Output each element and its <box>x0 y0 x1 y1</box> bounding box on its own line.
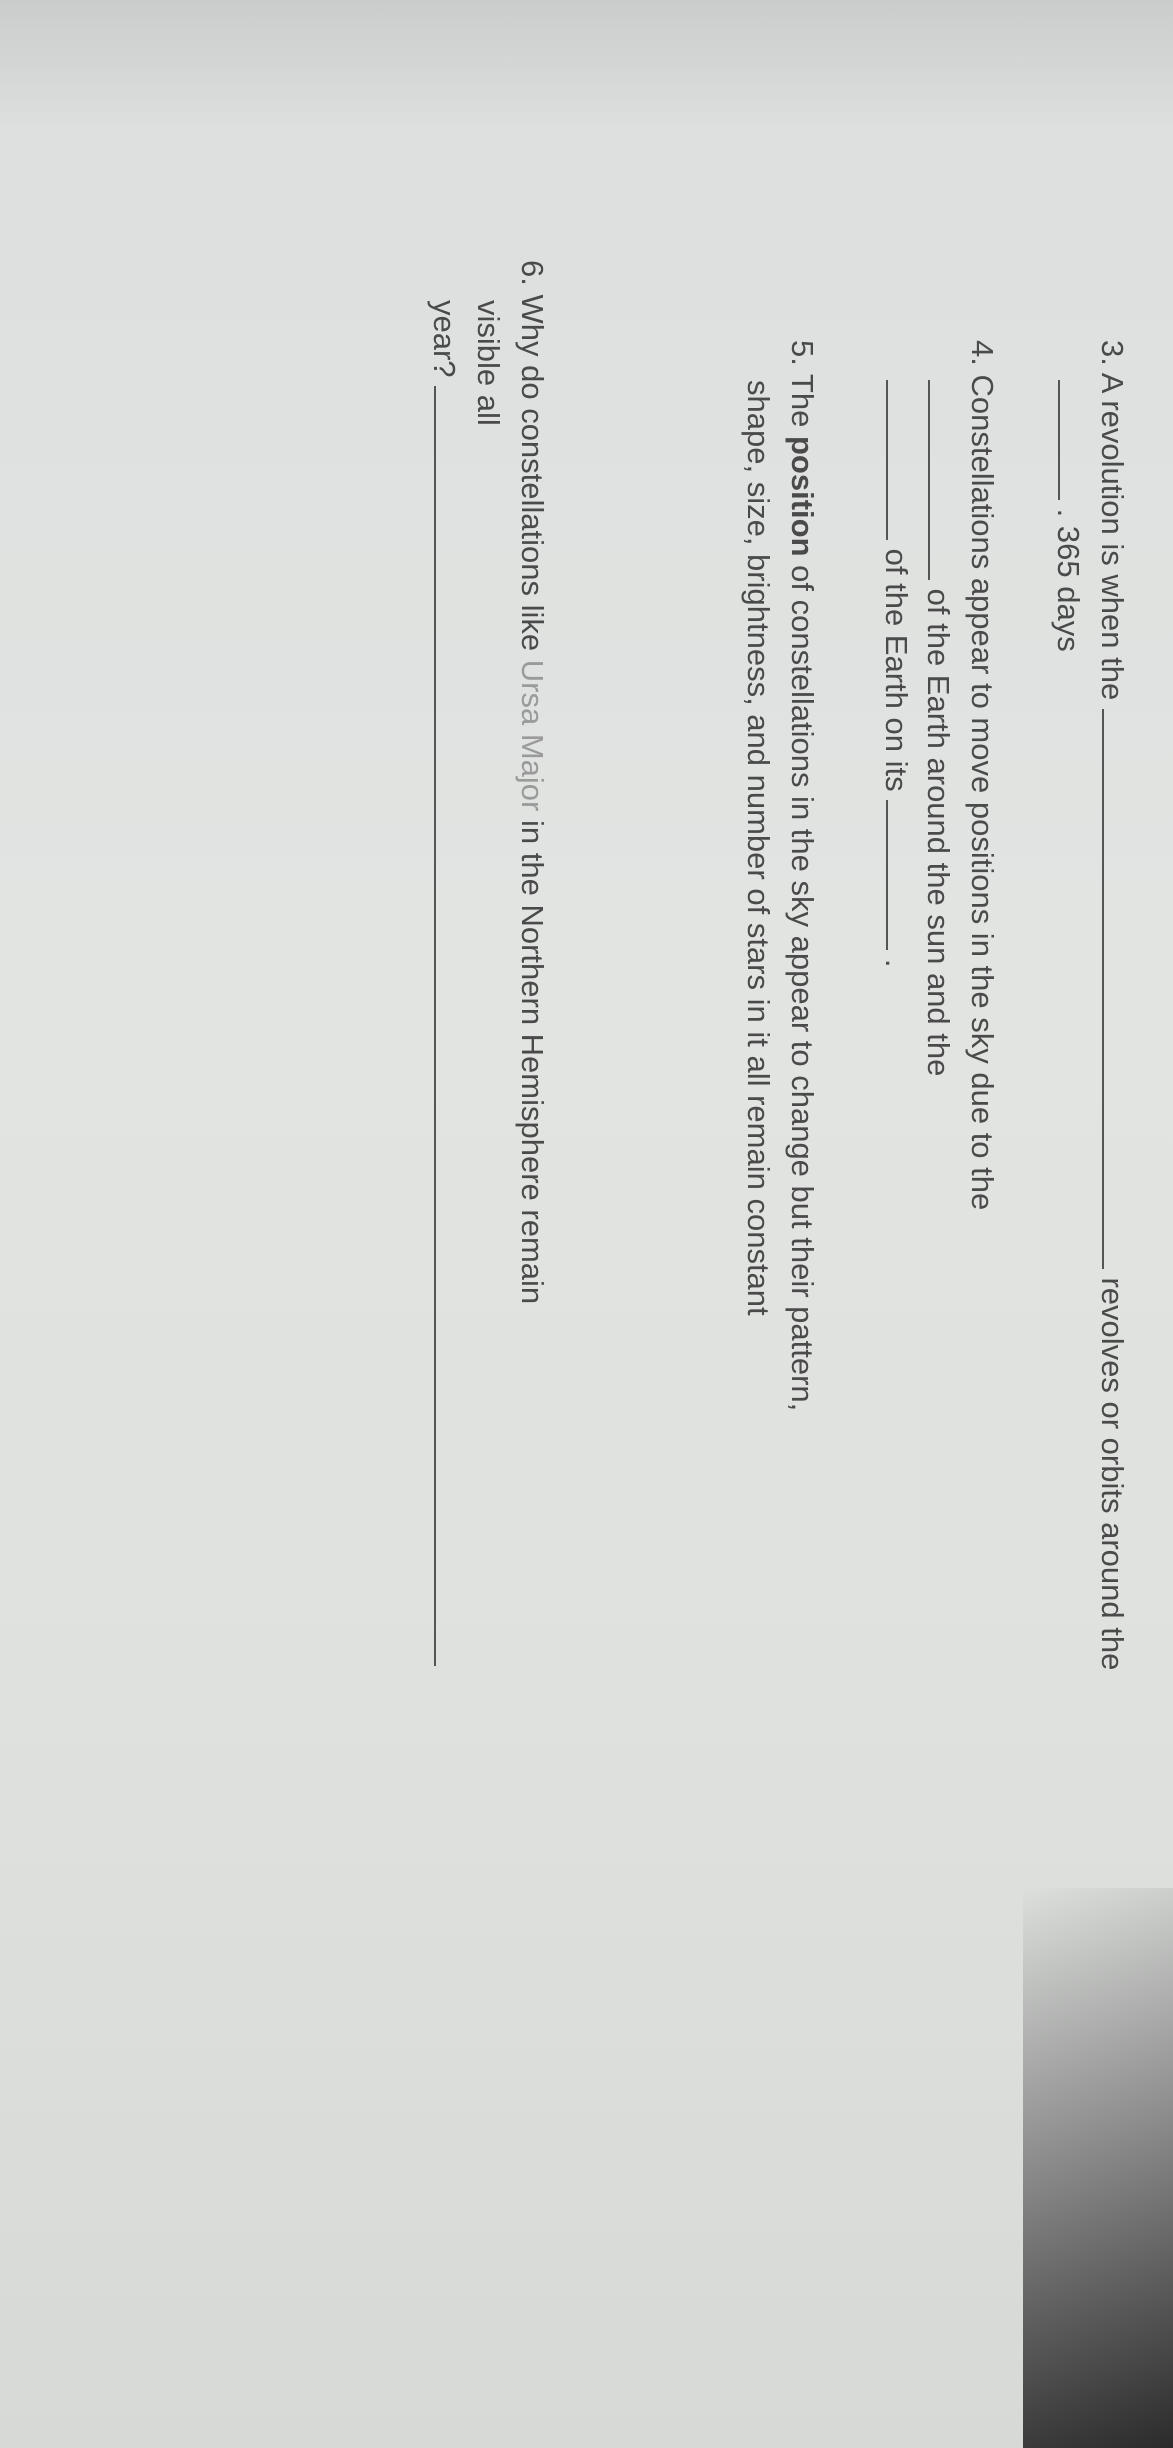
answer-blank[interactable] <box>886 380 888 540</box>
question-6-line-2: visible all <box>467 300 509 426</box>
punctuation: . <box>879 959 914 968</box>
question-text: A revolution is when the <box>1095 373 1130 700</box>
faded-text: Ursa Major <box>515 660 550 812</box>
question-3-line-2: . 365 days <box>1047 380 1089 652</box>
question-text: Why do constellations like <box>515 294 550 651</box>
bold-keyword: position <box>785 436 820 557</box>
question-number: 6. <box>515 260 550 286</box>
question-text: year? <box>427 300 462 378</box>
question-text: of constellations in the sky appear to c… <box>785 565 820 1411</box>
question-text: The <box>785 374 820 427</box>
answer-blank[interactable] <box>886 800 888 950</box>
question-text: visible all <box>471 300 506 426</box>
question-text: shape, size, brightness, and number of s… <box>741 380 776 1316</box>
question-3: 3. A revolution is when the revolves or … <box>1091 340 1133 1670</box>
question-text: Constellations appear to move positions … <box>965 374 1000 1210</box>
question-4: 4. Constellations appear to move positio… <box>961 340 1003 1210</box>
worksheet-page: 3. A revolution is when the revolves or … <box>0 0 1173 2448</box>
question-text: of the Earth on its <box>879 549 914 792</box>
punctuation: . <box>1051 509 1086 518</box>
question-text: of the Earth around the sun and the <box>921 589 956 1077</box>
question-text: revolves or orbits around the <box>1095 1277 1130 1670</box>
question-6: 6. Why do constellations like Ursa Major… <box>511 260 553 1304</box>
answer-blank[interactable] <box>1102 709 1104 1269</box>
question-number: 3. <box>1095 340 1130 366</box>
answer-blank[interactable] <box>928 380 930 580</box>
question-number: 4. <box>965 340 1000 366</box>
question-text: in the Northern Hemisphere remain <box>515 820 550 1304</box>
question-text: 365 days <box>1051 526 1086 652</box>
question-number: 5. <box>785 340 820 366</box>
answer-blank[interactable] <box>434 386 436 1666</box>
question-5: 5. The position of constellations in the… <box>781 340 823 1411</box>
question-5-line-2: shape, size, brightness, and number of s… <box>737 380 779 1316</box>
question-4-line-2: of the Earth around the sun and the <box>917 380 959 1076</box>
answer-blank[interactable] <box>1058 380 1060 500</box>
question-6-line-3: year? <box>423 300 465 1666</box>
question-4-line-3: of the Earth on its . <box>875 380 917 967</box>
